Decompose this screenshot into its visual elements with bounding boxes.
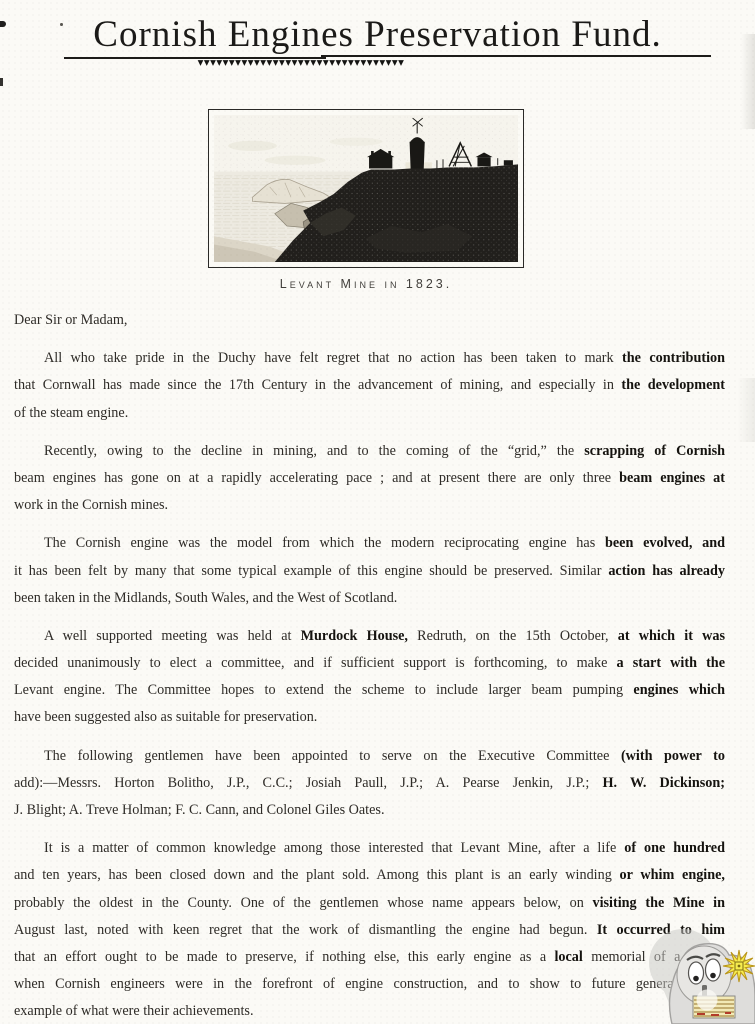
body-text: it has been felt by many that some typic… xyxy=(14,563,608,579)
body-text: have been suggested also as suitable for… xyxy=(14,709,317,725)
body-text: decided unanimously to elect a committee… xyxy=(14,655,616,671)
letter-line: The following gentlemen have been appoin… xyxy=(14,743,725,770)
letter-line: have been suggested also as suitable for… xyxy=(14,704,725,731)
letter-line: been taken in the Midlands, South Wales,… xyxy=(14,585,725,612)
letter-paragraph: The Cornish engine was the model from wh… xyxy=(14,530,725,612)
letter-line: J. Blight; A. Treve Holman; F. C. Cann, … xyxy=(14,797,725,824)
letter-paragraph: It is a matter of common knowledge among… xyxy=(14,835,725,1024)
count-house xyxy=(369,156,392,168)
letter-line: of the steam engine. xyxy=(14,400,725,427)
round-tower xyxy=(410,142,425,169)
salutation: Dear Sir or Madam, xyxy=(14,307,725,334)
levant-mine-engraving-image xyxy=(214,115,518,262)
letter-paragraph: The following gentlemen have been appoin… xyxy=(14,743,725,825)
body-text: add):—Messrs. Horton Bolitho, J.P., C.C.… xyxy=(14,775,602,791)
title-underline-right xyxy=(321,55,711,58)
page-title: Cornish Engines Preservation Fund. xyxy=(30,13,725,56)
body-text: Levant engine. The Committee hopes to ex… xyxy=(14,682,633,698)
letter-paragraph: A well supported meeting was held at Mur… xyxy=(14,623,725,732)
letter-line: Recently, owing to the decline in mining… xyxy=(14,438,725,465)
body-text: It is a matter of common knowledge among… xyxy=(44,840,624,856)
letter-body: Dear Sir or Madam, All who take pride in… xyxy=(14,307,725,1024)
letter-line: decided unanimously to elect a committee… xyxy=(14,650,725,677)
pupil xyxy=(693,976,699,982)
letter-line: All who take pride in the Duchy have fel… xyxy=(14,345,725,372)
body-text: August last, noted with keen regret that… xyxy=(14,922,597,938)
emphasized-text: Murdock House, xyxy=(301,628,408,644)
emphasized-text: a start with the xyxy=(616,655,725,671)
emphasized-text: the development xyxy=(621,377,725,393)
body-text: that Cornwall has made since the 17th Ce… xyxy=(14,377,621,393)
body-text: Redruth, on the 15th October, xyxy=(408,628,618,644)
scan-artifact xyxy=(0,21,6,27)
body-text: probably the oldest in the County. One o… xyxy=(14,895,593,911)
cloud xyxy=(228,141,277,151)
body-text: that an effort ought to be made to prese… xyxy=(14,949,554,965)
emphasized-text: local xyxy=(554,949,582,965)
small-hut xyxy=(477,157,490,166)
body-text: The Cornish engine was the model from wh… xyxy=(44,535,605,551)
far-building xyxy=(504,160,513,165)
letter-paragraph: Recently, owing to the decline in mining… xyxy=(14,438,725,520)
body-text: J. Blight; A. Treve Holman; F. C. Cann, … xyxy=(14,802,385,818)
emphasized-text: been evolved, and xyxy=(605,535,725,551)
body-text: of the steam engine. xyxy=(14,405,128,421)
body-text: Recently, owing to the decline in mining… xyxy=(44,443,584,459)
emphasized-text: action has already xyxy=(608,563,725,579)
pupil xyxy=(710,973,716,979)
body-text: beam engines has gone on at a rapidly ac… xyxy=(14,470,619,486)
emphasized-text: or whim engine, xyxy=(620,867,725,883)
body-text: when Cornish engineers were in the foref… xyxy=(14,976,725,992)
letter-line: It is a matter of common knowledge among… xyxy=(14,835,725,862)
letter-line: it has been felt by many that some typic… xyxy=(14,558,725,585)
letter-paragraph: All who take pride in the Duchy have fel… xyxy=(14,345,725,427)
scan-smudge xyxy=(741,34,755,129)
letter-line: work in the Cornish mines. xyxy=(14,492,725,519)
chimney xyxy=(388,151,391,157)
letter-line: example of what were their achievements. xyxy=(14,998,725,1024)
letter-line: August last, noted with keen regret that… xyxy=(14,917,725,944)
letter-line: probably the oldest in the County. One o… xyxy=(14,890,725,917)
body-text: The following gentlemen have been appoin… xyxy=(44,748,621,764)
emphasized-text: at which it was xyxy=(618,628,725,644)
scan-smudge xyxy=(737,378,755,442)
cloud xyxy=(330,138,383,146)
letter-line: that an effort ought to be made to prese… xyxy=(14,944,725,971)
body-text: example of what were their achievements. xyxy=(14,1003,254,1019)
emphasized-text: scrapping of Cornish xyxy=(584,443,725,459)
archive-watermark xyxy=(627,893,755,1024)
letter-line: A well supported meeting was held at Mur… xyxy=(14,623,725,650)
illustration-caption: Levant Mine in 1823. xyxy=(208,277,524,291)
emphasized-text: beam engines at xyxy=(619,470,725,486)
cloud xyxy=(265,156,326,165)
body-text: been taken in the Midlands, South Wales,… xyxy=(14,590,397,606)
illustration-frame xyxy=(208,109,524,268)
chimney xyxy=(371,151,374,157)
emphasized-text: of one hundred xyxy=(624,840,725,856)
scan-artifact xyxy=(0,78,3,86)
letter-line: and ten years, has been closed down and … xyxy=(14,862,725,889)
emphasized-text: H. W. Dickinson; xyxy=(602,775,725,791)
body-text: and ten years, has been closed down and … xyxy=(14,867,620,883)
emphasized-text: the contribution xyxy=(622,350,725,366)
body-text: work in the Cornish mines. xyxy=(14,497,168,513)
scan-artifact xyxy=(60,23,63,26)
letter-line: beam engines has gone on at a rapidly ac… xyxy=(14,465,725,492)
body-text: A well supported meeting was held at xyxy=(44,628,301,644)
emphasized-text: engines which xyxy=(633,682,725,698)
body-text: All who take pride in the Duchy have fel… xyxy=(44,350,622,366)
scanned-letter-page: Cornish Engines Preservation Fund. ▼▼▼▼▼… xyxy=(0,0,755,1024)
pin-hole xyxy=(697,990,718,1011)
letter-line: add):—Messrs. Horton Bolitho, J.P., C.C.… xyxy=(14,770,725,797)
zigzag-decoration: ▼▼▼▼▼▼▼▼▼▼▼▼▼▼▼▼▼▼▼▼▼▼▼▼▼▼▼▼▼▼▼▼▼ xyxy=(178,58,424,68)
letter-line: Levant engine. The Committee hopes to ex… xyxy=(14,677,725,704)
letter-line: The Cornish engine was the model from wh… xyxy=(14,530,725,557)
emphasized-text: (with power to xyxy=(621,748,725,764)
letter-line: that Cornwall has made since the 17th Ce… xyxy=(14,372,725,399)
letter-line: when Cornish engineers were in the foref… xyxy=(14,971,725,998)
